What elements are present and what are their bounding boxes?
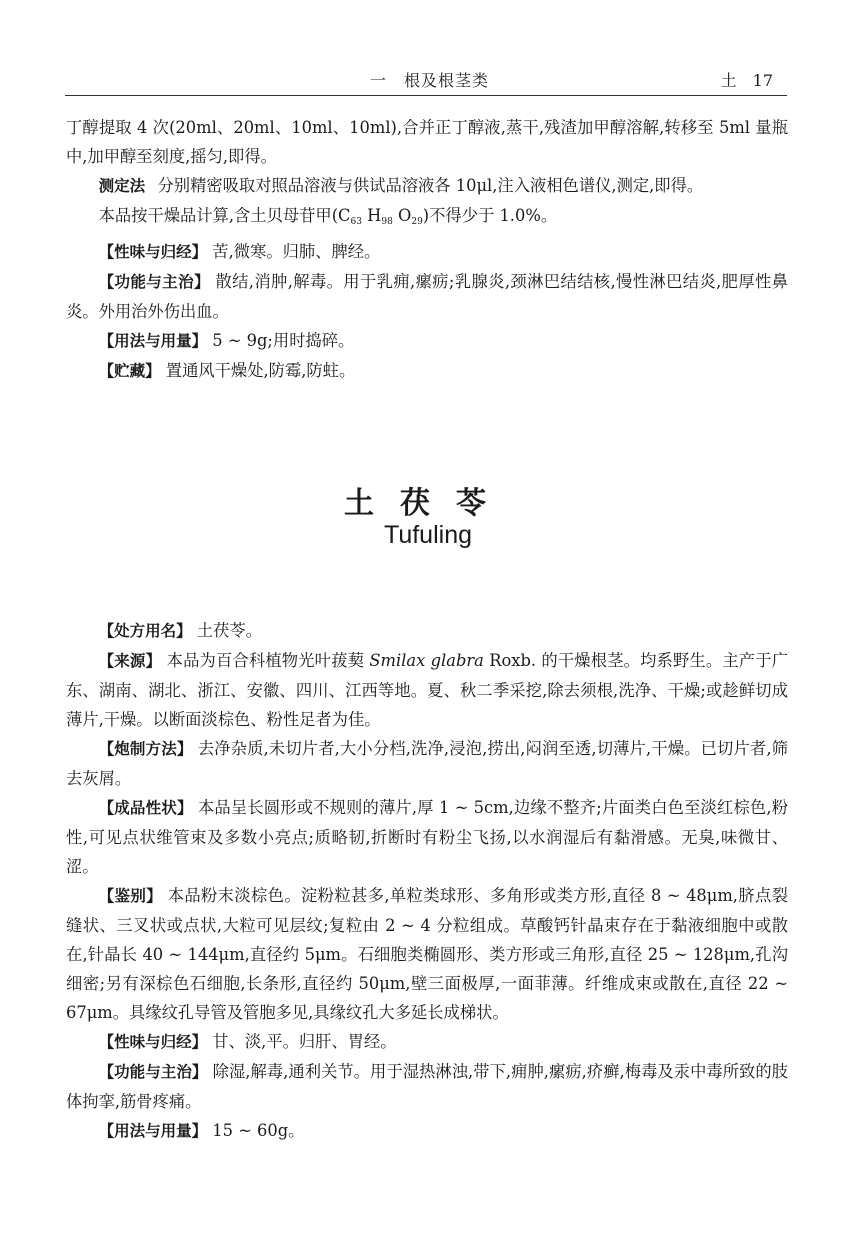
section-text: 土茯苓。 <box>197 621 262 640</box>
section-label: 【贮藏】 <box>99 362 161 380</box>
section-label: 【功能与主治】 <box>99 273 210 291</box>
section-label: 【成品性状】 <box>99 799 193 817</box>
formula-c-sub: 63 <box>351 217 362 227</box>
prev-section-function: 【功能与主治】 散结,消肿,解毒。用于乳痈,瘰疬;乳腺炎,颈淋巴结结核,慢性淋巴… <box>66 267 788 326</box>
continued-paragraph: 丁醇提取 4 次(20ml、20ml、10ml、10ml),合并正丁醇液,蒸干,… <box>66 113 788 171</box>
prev-section-nature: 【性味与归经】 苦,微寒。归肺、脾经。 <box>66 237 788 267</box>
section-characteristics: 【成品性状】 本品呈长圆形或不规则的薄片,厚 1 ~ 5cm,边缘不整齐;片面类… <box>66 793 788 881</box>
source-text-a: 本品为百合科植物光叶菝葜 <box>167 651 370 670</box>
entry-title-chinese: 土茯苓 <box>0 478 856 522</box>
formula-o-sub: 29 <box>411 217 422 227</box>
assay-label: 测定法 <box>99 177 146 195</box>
latin-name: Smilax glabra <box>369 651 484 670</box>
section-identification: 【鉴别】 本品粉末淡棕色。淀粉粒甚多,单粒类球形、多角形或类方形,直径 8 ~ … <box>66 881 788 1027</box>
section-text: 苦,微寒。归肺、脾经。 <box>212 242 380 261</box>
section-label: 【性味与归经】 <box>99 1033 208 1051</box>
entry-title-pinyin: Tufuling <box>0 521 856 550</box>
content-text-b: )不得少于 1.0%。 <box>423 206 557 225</box>
previous-entry: 丁醇提取 4 次(20ml、20ml、10ml、10ml),合并正丁醇液,蒸干,… <box>66 113 788 386</box>
section-text: 甘、淡,平。归肝、胃经。 <box>212 1032 396 1051</box>
section-text: 15 ~ 60g。 <box>212 1121 304 1140</box>
section-label: 【炮制方法】 <box>99 740 193 758</box>
section-processing: 【炮制方法】 去净杂质,未切片者,大小分档,洗净,浸泡,捞出,闷润至透,切薄片,… <box>66 734 788 793</box>
book-page: 一 根及根茎类 土17 丁醇提取 4 次(20ml、20ml、10ml、10ml… <box>0 0 856 1239</box>
page-marker: 土17 <box>721 68 773 91</box>
assay-paragraph: 测定法分别精密吸取对照品溶液与供试品溶液各 10μl,注入液相色谱仪,测定,即得… <box>66 171 788 201</box>
formula-h-sub: 98 <box>381 217 392 227</box>
section-text: 置通风干燥处,防霉,防蛀。 <box>166 361 355 380</box>
section-label: 【来源】 <box>99 652 162 670</box>
page-number: 17 <box>753 71 773 90</box>
section-label: 【功能与主治】 <box>99 1063 208 1081</box>
section-prescription-name: 【处方用名】 土茯苓。 <box>66 616 788 646</box>
running-head: 一 根及根茎类 土17 <box>65 62 785 94</box>
prev-section-storage: 【贮藏】 置通风干燥处,防霉,防蛀。 <box>66 356 788 386</box>
section-dosage: 【用法与用量】 15 ~ 60g。 <box>66 1116 788 1146</box>
section-label: 【用法与用量】 <box>99 332 208 350</box>
section-text: 本品粉末淡棕色。淀粉粒甚多,单粒类球形、多角形或类方形,直径 8 ~ 48μm,… <box>66 886 788 1022</box>
chapter-title: 一 根及根茎类 <box>370 68 489 91</box>
radical-index: 土 <box>721 71 737 90</box>
section-label: 【处方用名】 <box>99 622 192 640</box>
section-label: 【用法与用量】 <box>99 1122 208 1140</box>
section-source: 【来源】 本品为百合科植物光叶菝葜 Smilax glabra Roxb. 的干… <box>66 646 788 734</box>
section-text: 5 ~ 9g;用时捣碎。 <box>212 331 354 350</box>
section-label: 【鉴别】 <box>99 887 163 905</box>
header-rule <box>65 95 787 96</box>
content-text-a: 本品按干燥品计算,含土贝母苷甲(C <box>99 206 351 225</box>
section-nature-meridian: 【性味与归经】 甘、淡,平。归肝、胃经。 <box>66 1027 788 1057</box>
assay-text: 分别精密吸取对照品溶液与供试品溶液各 10μl,注入液相色谱仪,测定,即得。 <box>158 176 704 195</box>
prev-section-dosage: 【用法与用量】 5 ~ 9g;用时捣碎。 <box>66 326 788 356</box>
content-paragraph: 本品按干燥品计算,含土贝母苷甲(C63 H98 O29)不得少于 1.0%。 <box>66 201 788 237</box>
entry-body: 【处方用名】 土茯苓。 【来源】 本品为百合科植物光叶菝葜 Smilax gla… <box>66 616 788 1146</box>
section-label: 【性味与归经】 <box>99 243 208 261</box>
section-function-indication: 【功能与主治】 除湿,解毒,通利关节。用于湿热淋浊,带下,痈肿,瘰疬,疥癣,梅毒… <box>66 1057 788 1116</box>
